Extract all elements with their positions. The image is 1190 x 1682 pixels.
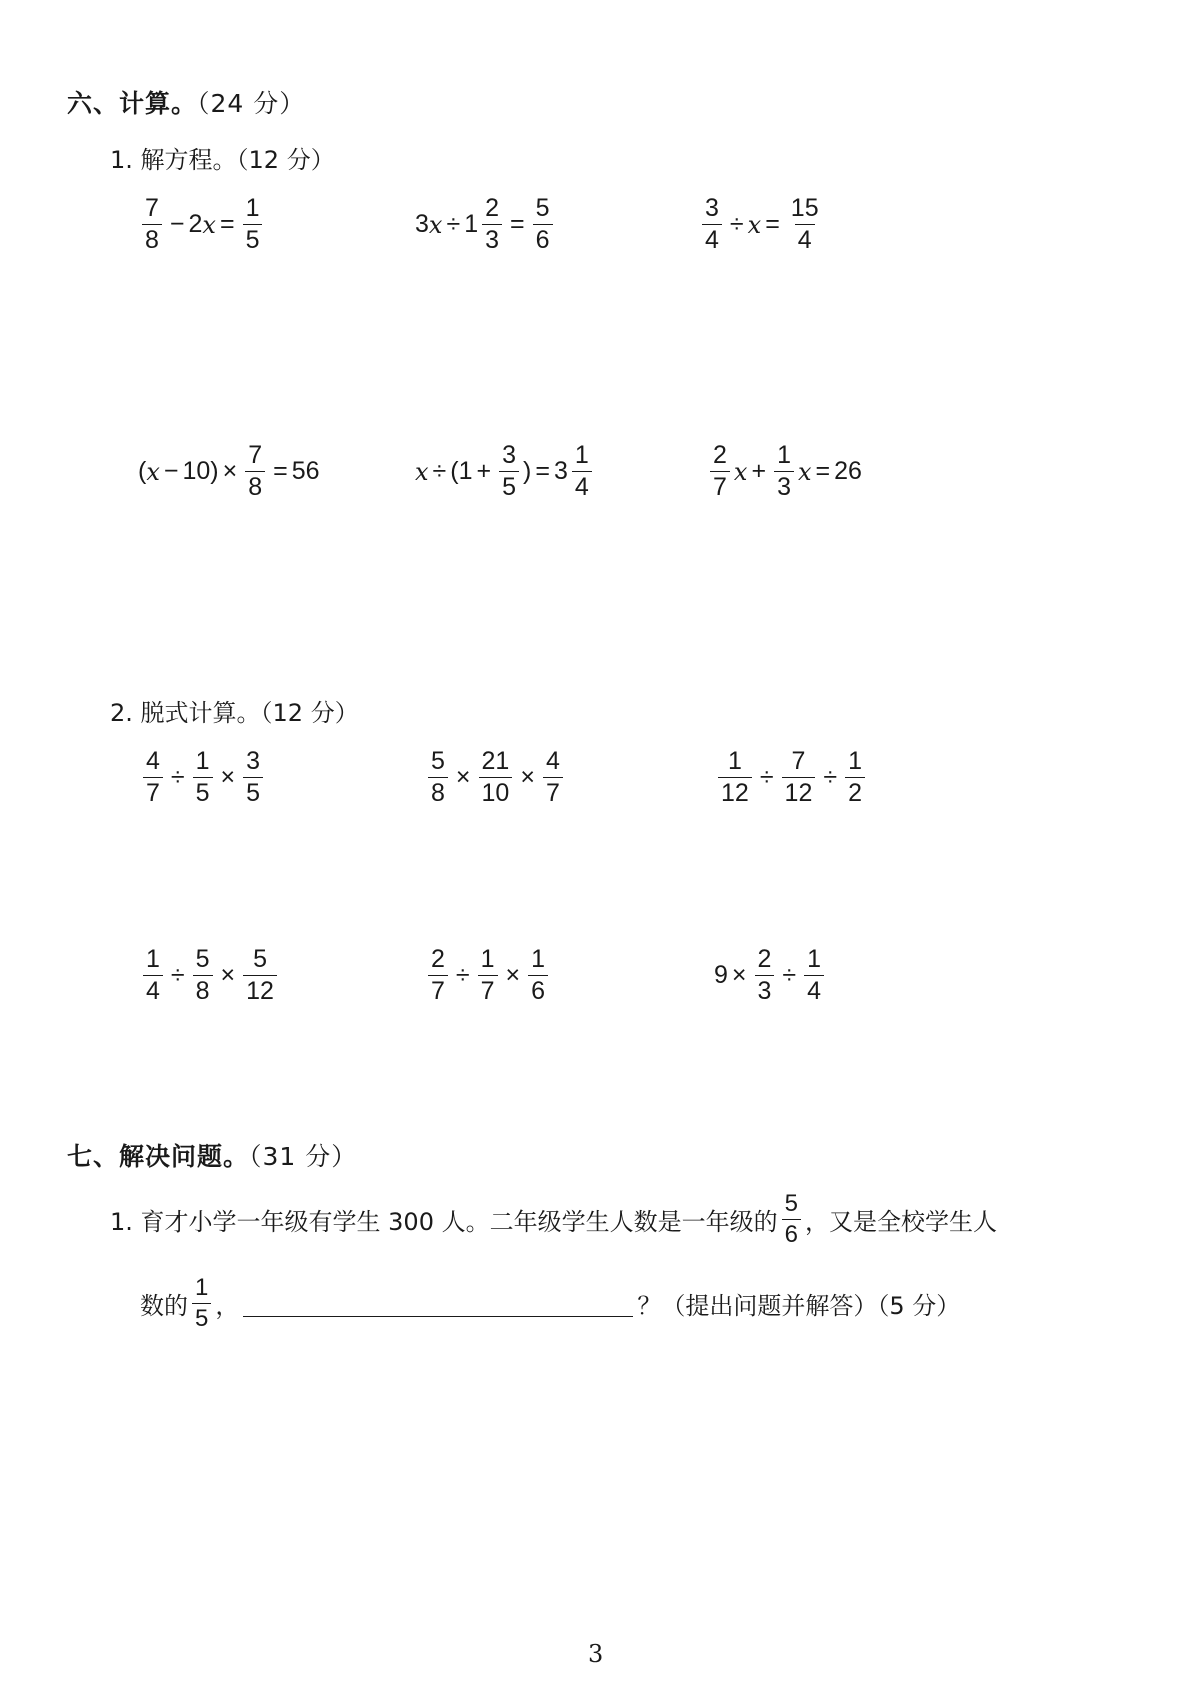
term: (1: [450, 457, 472, 486]
denominator: 6: [533, 224, 553, 253]
denominator: 4: [702, 224, 722, 253]
operator: =: [510, 210, 525, 239]
numerator: 1: [478, 947, 498, 975]
fraction: 12: [845, 749, 865, 806]
numerator: 1: [774, 443, 794, 471]
numerator: 5: [250, 947, 270, 975]
operator: −: [170, 210, 185, 239]
section-6-title: 六、计算。: [67, 89, 197, 118]
operator: ×: [221, 961, 236, 990]
denominator: 3: [482, 224, 502, 253]
variable: x: [734, 458, 748, 486]
term: 9: [714, 961, 728, 990]
term: 26: [834, 457, 862, 486]
fraction: 112: [718, 749, 752, 806]
fraction: 154: [788, 196, 822, 253]
section-7-title: 七、解决问题。: [67, 1142, 249, 1171]
denominator: 7: [543, 777, 563, 806]
denominator: 7: [143, 777, 163, 806]
term: 1: [464, 210, 478, 239]
problem-1-line2-head: 数的: [140, 1286, 188, 1321]
operator: =: [535, 457, 550, 486]
fraction: 56: [533, 196, 553, 253]
numerator: 1: [243, 196, 263, 224]
equation-4: (x−10)×78=56: [138, 443, 320, 500]
numerator: 5: [533, 196, 553, 224]
operator: ÷: [760, 763, 774, 792]
numerator: 5: [428, 749, 448, 777]
equation-1: 78−2x=15: [138, 196, 266, 253]
numerator: 4: [143, 749, 163, 777]
numerator: 1: [143, 947, 163, 975]
fraction: 712: [782, 749, 816, 806]
operator: ÷: [782, 961, 796, 990]
term: 56: [292, 457, 320, 486]
fraction: 14: [572, 443, 592, 500]
fraction: 15: [193, 749, 213, 806]
calculation-3: 112÷712÷12: [714, 749, 869, 806]
fraction: 13: [774, 443, 794, 500]
denominator: 2: [845, 777, 865, 806]
variable: x: [415, 458, 429, 486]
numerator: 3: [702, 196, 722, 224]
variable: x: [146, 458, 160, 486]
fraction: 27: [428, 947, 448, 1004]
fraction: 17: [478, 947, 498, 1004]
problem-1-comma: ，: [215, 1286, 239, 1321]
operator: =: [273, 457, 288, 486]
fraction: 16: [528, 947, 548, 1004]
fraction: 58: [428, 749, 448, 806]
term: 2: [189, 210, 203, 239]
denominator: 12: [718, 777, 752, 806]
problem-1-text: 1. 育才小学一年级有学生 300 人。二年级学生人数是一年级的: [110, 1202, 778, 1237]
numerator: 1: [193, 749, 213, 777]
section-6-heading: 六、计算。（24 分）: [67, 84, 305, 120]
section-7-points: （31 分）: [249, 1142, 357, 1171]
fraction: 34: [702, 196, 722, 253]
fraction: 47: [143, 749, 163, 806]
numerator: 1: [804, 947, 824, 975]
fraction: 27: [710, 443, 730, 500]
numerator: 7: [245, 443, 265, 471]
denominator: 4: [795, 224, 815, 253]
operator: ÷: [730, 210, 744, 239]
numerator: 1: [572, 443, 592, 471]
denominator: 7: [478, 975, 498, 1004]
denominator: 4: [804, 975, 824, 1004]
operator: ÷: [456, 961, 470, 990]
denominator: 3: [774, 471, 794, 500]
operator: ×: [456, 763, 471, 792]
subsection-1-label: 1. 解方程。: [110, 146, 237, 174]
problem-1-line-1: 1. 育才小学一年级有学生 300 人。二年级学生人数是一年级的 5 6 ，又是…: [110, 1192, 997, 1247]
calculation-5: 27÷17×16: [424, 947, 552, 1004]
subsection-1-points: （12 分）: [237, 146, 335, 174]
numerator: 5: [193, 947, 213, 975]
numerator: 7: [789, 749, 809, 777]
fraction: 14: [143, 947, 163, 1004]
operator: ÷: [433, 457, 447, 486]
denominator: 12: [243, 975, 277, 1004]
variable: x: [429, 211, 443, 239]
denominator: 8: [142, 224, 162, 253]
numerator: 3: [243, 749, 263, 777]
section-6-points: （24 分）: [197, 89, 305, 118]
page-number: 3: [588, 1640, 603, 1668]
numerator: 4: [543, 749, 563, 777]
operator: ÷: [171, 961, 185, 990]
section-7-heading: 七、解决问题。（31 分）: [67, 1137, 357, 1173]
operator: =: [765, 210, 780, 239]
term: ): [523, 457, 531, 486]
numerator: 7: [142, 196, 162, 224]
variable: x: [798, 458, 812, 486]
denominator: 8: [428, 777, 448, 806]
subsection-2-points: （12 分）: [261, 699, 359, 727]
numerator: 2: [755, 947, 775, 975]
operator: ÷: [823, 763, 837, 792]
operator: =: [816, 457, 831, 486]
fraction: 35: [243, 749, 263, 806]
numerator: 2: [710, 443, 730, 471]
term: 3: [554, 457, 568, 486]
denominator: 5: [193, 777, 213, 806]
fraction: 23: [482, 196, 502, 253]
numerator: 1: [845, 749, 865, 777]
operator: ×: [520, 763, 535, 792]
variable: x: [748, 211, 762, 239]
calculation-2: 58×2110×47: [424, 749, 567, 806]
calculation-6: 9×23÷14: [714, 947, 828, 1004]
numerator: 2: [428, 947, 448, 975]
numerator: 1: [528, 947, 548, 975]
operator: =: [220, 210, 235, 239]
fraction: 23: [755, 947, 775, 1004]
term: 10): [182, 457, 218, 486]
question-answer-blank[interactable]: [243, 1290, 633, 1317]
denominator: 10: [479, 777, 513, 806]
equation-5: x÷(1+35)=314: [415, 443, 596, 500]
fraction: 78: [245, 443, 265, 500]
calculation-1: 47÷15×35: [139, 749, 267, 806]
denominator: 7: [710, 471, 730, 500]
fraction: 35: [499, 443, 519, 500]
operator: ×: [732, 961, 747, 990]
problem-1-fraction-one-fifth: 1 5: [192, 1276, 211, 1331]
term: 3: [415, 210, 429, 239]
operator: +: [477, 457, 492, 486]
operator: +: [751, 457, 766, 486]
denominator: 4: [143, 975, 163, 1004]
denominator: 8: [193, 975, 213, 1004]
operator: ×: [221, 763, 236, 792]
denominator: 5: [243, 777, 263, 806]
denominator: 7: [428, 975, 448, 1004]
variable: x: [202, 211, 216, 239]
numerator: 1: [725, 749, 745, 777]
equation-6: 27x+13x=26: [706, 443, 862, 500]
operator: ÷: [171, 763, 185, 792]
denominator: 5: [243, 224, 263, 253]
subsection-2-heading: 2. 脱式计算。（12 分）: [110, 693, 359, 728]
operator: ÷: [446, 210, 460, 239]
subsection-1-heading: 1. 解方程。（12 分）: [110, 140, 335, 175]
denominator: 8: [245, 471, 265, 500]
denominator: 3: [755, 975, 775, 1004]
numerator: 2: [482, 196, 502, 224]
fraction: 2110: [479, 749, 513, 806]
problem-1-line-2: 数的 1 5 ， ？（提出问题并解答）（5 分）: [140, 1276, 960, 1331]
numerator: 15: [788, 196, 822, 224]
equation-3: 34÷x=154: [698, 196, 826, 253]
problem-1-line2-tail: ？（提出问题并解答）（5 分）: [637, 1286, 960, 1321]
calculation-4: 14÷58×512: [139, 947, 281, 1004]
subsection-2-label: 2. 脱式计算。: [110, 699, 261, 727]
operator: ×: [506, 961, 521, 990]
fraction: 58: [193, 947, 213, 1004]
denominator: 6: [528, 975, 548, 1004]
numerator: 21: [479, 749, 513, 777]
denominator: 12: [782, 777, 816, 806]
denominator: 5: [499, 471, 519, 500]
term: (: [138, 457, 146, 486]
fraction: 78: [142, 196, 162, 253]
fraction: 512: [243, 947, 277, 1004]
problem-1-fraction-five-sixths: 5 6: [782, 1192, 801, 1247]
problem-1-text-tail: ，又是全校学生人: [805, 1202, 997, 1237]
fraction: 14: [804, 947, 824, 1004]
fraction: 15: [243, 196, 263, 253]
operator: ×: [223, 457, 238, 486]
denominator: 4: [572, 471, 592, 500]
operator: −: [164, 457, 179, 486]
numerator: 3: [499, 443, 519, 471]
fraction: 47: [543, 749, 563, 806]
equation-2: 3x÷123=56: [415, 196, 557, 253]
